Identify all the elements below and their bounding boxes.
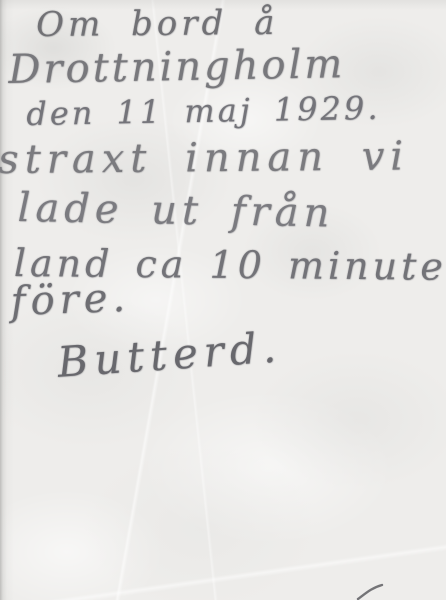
handwritten-line-7: före. bbox=[10, 278, 131, 322]
handwritten-line-4: straxt innan vi bbox=[0, 136, 409, 180]
signature: Butterd. bbox=[56, 326, 283, 384]
stray-pencil-mark bbox=[356, 582, 386, 600]
handwritten-note-photo: Om bord å Drottningholm den 11 maj 1929.… bbox=[0, 0, 446, 600]
handwritten-line-1: Om bord å bbox=[36, 6, 279, 42]
handwritten-line-3-date: den 11 maj 1929. bbox=[26, 92, 381, 130]
handwritten-line-2-ship-name: Drottningholm bbox=[8, 44, 346, 90]
handwritten-line-5: lade ut från bbox=[17, 188, 334, 234]
